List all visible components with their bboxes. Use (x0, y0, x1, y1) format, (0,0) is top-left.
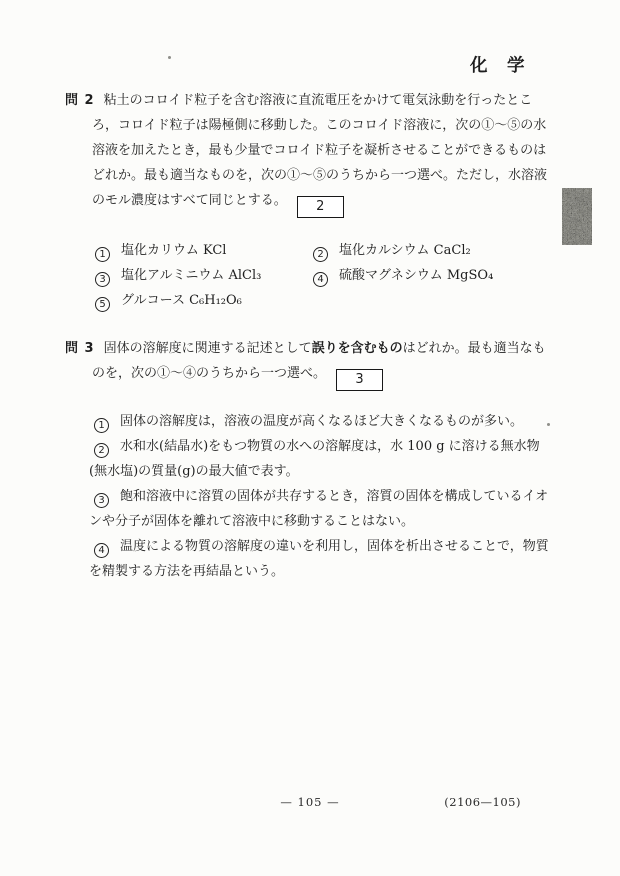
circled-number-icon: 2 (94, 443, 109, 458)
q3-text-bold: 誤りを含むもの (312, 341, 403, 356)
circled-number-icon: 2 (313, 247, 328, 262)
q2-option-5: 5グルコース C₆H₁₂O₆ (95, 290, 242, 312)
page-number: — 105 — (0, 795, 620, 809)
q2-option-2: 2塩化カルシウム CaCl₂ (313, 240, 471, 262)
q2-option-1: 1塩化カリウム KCl (95, 240, 226, 262)
circled-number-icon: 3 (94, 493, 109, 508)
q3-statement-2: 2水和水(結晶水)をもつ物質の水への溶解度は，水 100 g に溶ける無水物 (94, 436, 540, 458)
option-label: 塩化アルミニウム AlCl₃ (121, 268, 261, 283)
q3-line-1: 問 3固体の溶解度に関連する記述として誤りを含むものはどれか。最も適当なも (65, 338, 546, 360)
q3-answer-number: 3 (355, 369, 363, 391)
q2-line-2: ろ，コロイド粒子は陽極側に移動した。このコロイド溶液に，次の①～⑤の水 (92, 115, 546, 137)
option-label: グルコース C₆H₁₂O₆ (121, 293, 242, 308)
q2-line-5: のモル濃度はすべて同じとする。2 (92, 190, 344, 212)
option-label: 塩化カルシウム CaCl₂ (339, 243, 471, 258)
statement-text: 温度による物質の溶解度の違いを利用し，固体を析出させることで，物質 (120, 539, 549, 554)
q2-option-4: 4硫酸マグネシウム MgSO₄ (313, 265, 493, 287)
q3-label: 問 3 (65, 341, 95, 356)
circled-number-icon: 4 (313, 272, 328, 287)
q3-text-2: のを，次の①～④のうちから一つ選べ。 (92, 366, 326, 381)
q3-text-post: はどれか。最も適当なも (403, 341, 546, 356)
noise-texture (562, 188, 592, 245)
scan-speck (168, 56, 171, 59)
q3-statement-2-cont: (無水塩)の質量(g)の最大値で表す。 (89, 461, 299, 483)
q2-line-4: どれか。最も適当なものを，次の①～⑤のうちから一つ選べ。ただし，水溶液 (92, 165, 547, 187)
q3-answer-box: 3 (336, 369, 383, 391)
circled-number-icon: 1 (94, 418, 109, 433)
statement-text: 水和水(結晶水)をもつ物質の水への溶解度は，水 100 g に溶ける無水物 (120, 439, 540, 454)
q2-label: 問 2 (65, 93, 95, 108)
q2-option-3: 3塩化アルミニウム AlCl₃ (95, 265, 261, 287)
q2-line-3: 溶液を加えたとき，最も少量でコロイド粒子を凝析させることができるものは (92, 140, 546, 162)
q3-line-2: のを，次の①～④のうちから一つ選べ。3 (92, 363, 383, 385)
option-label: 塩化カリウム KCl (121, 243, 226, 258)
q2-text-1: 粘土のコロイド粒子を含む溶液に直流電圧をかけて電気泳動を行ったとこ (104, 93, 533, 108)
q3-statement-3: 3飽和溶液中に溶質の固体が共存するとき，溶質の固体を構成しているイオ (94, 486, 548, 508)
q3-text-pre: 固体の溶解度に関連する記述として (104, 341, 312, 356)
exam-page: 化 学 問 2粘土のコロイド粒子を含む溶液に直流電圧をかけて電気泳動を行ったとこ… (0, 0, 620, 876)
q3-statement-4: 4温度による物質の溶解度の違いを利用し，固体を析出させることで，物質 (94, 536, 549, 558)
page-title: 化 学 (470, 52, 526, 77)
q2-text-5: のモル濃度はすべて同じとする。 (92, 193, 287, 208)
circled-number-icon: 4 (94, 543, 109, 558)
circled-number-icon: 1 (95, 247, 110, 262)
document-code: (2106—105) (444, 795, 521, 809)
q3-statement-1: 1固体の溶解度は，溶液の温度が高くなるほど大きくなるものが多い。 (94, 411, 523, 433)
q3-statement-4-cont: を精製する方法を再結晶という。 (89, 561, 284, 583)
scan-artifact-patch (562, 188, 592, 245)
q2-line-1: 問 2粘土のコロイド粒子を含む溶液に直流電圧をかけて電気泳動を行ったとこ (65, 90, 532, 112)
q2-answer-box: 2 (297, 196, 344, 218)
option-label: 硫酸マグネシウム MgSO₄ (339, 268, 493, 283)
statement-text: 固体の溶解度は，溶液の温度が高くなるほど大きくなるものが多い。 (120, 414, 523, 429)
q2-answer-number: 2 (316, 196, 324, 218)
q3-statement-3-cont: ンや分子が固体を離れて溶液中に移動することはない。 (89, 511, 414, 533)
scan-speck (547, 423, 550, 426)
circled-number-icon: 3 (95, 272, 110, 287)
statement-text: 飽和溶液中に溶質の固体が共存するとき，溶質の固体を構成しているイオ (120, 489, 548, 504)
circled-number-icon: 5 (95, 297, 110, 312)
